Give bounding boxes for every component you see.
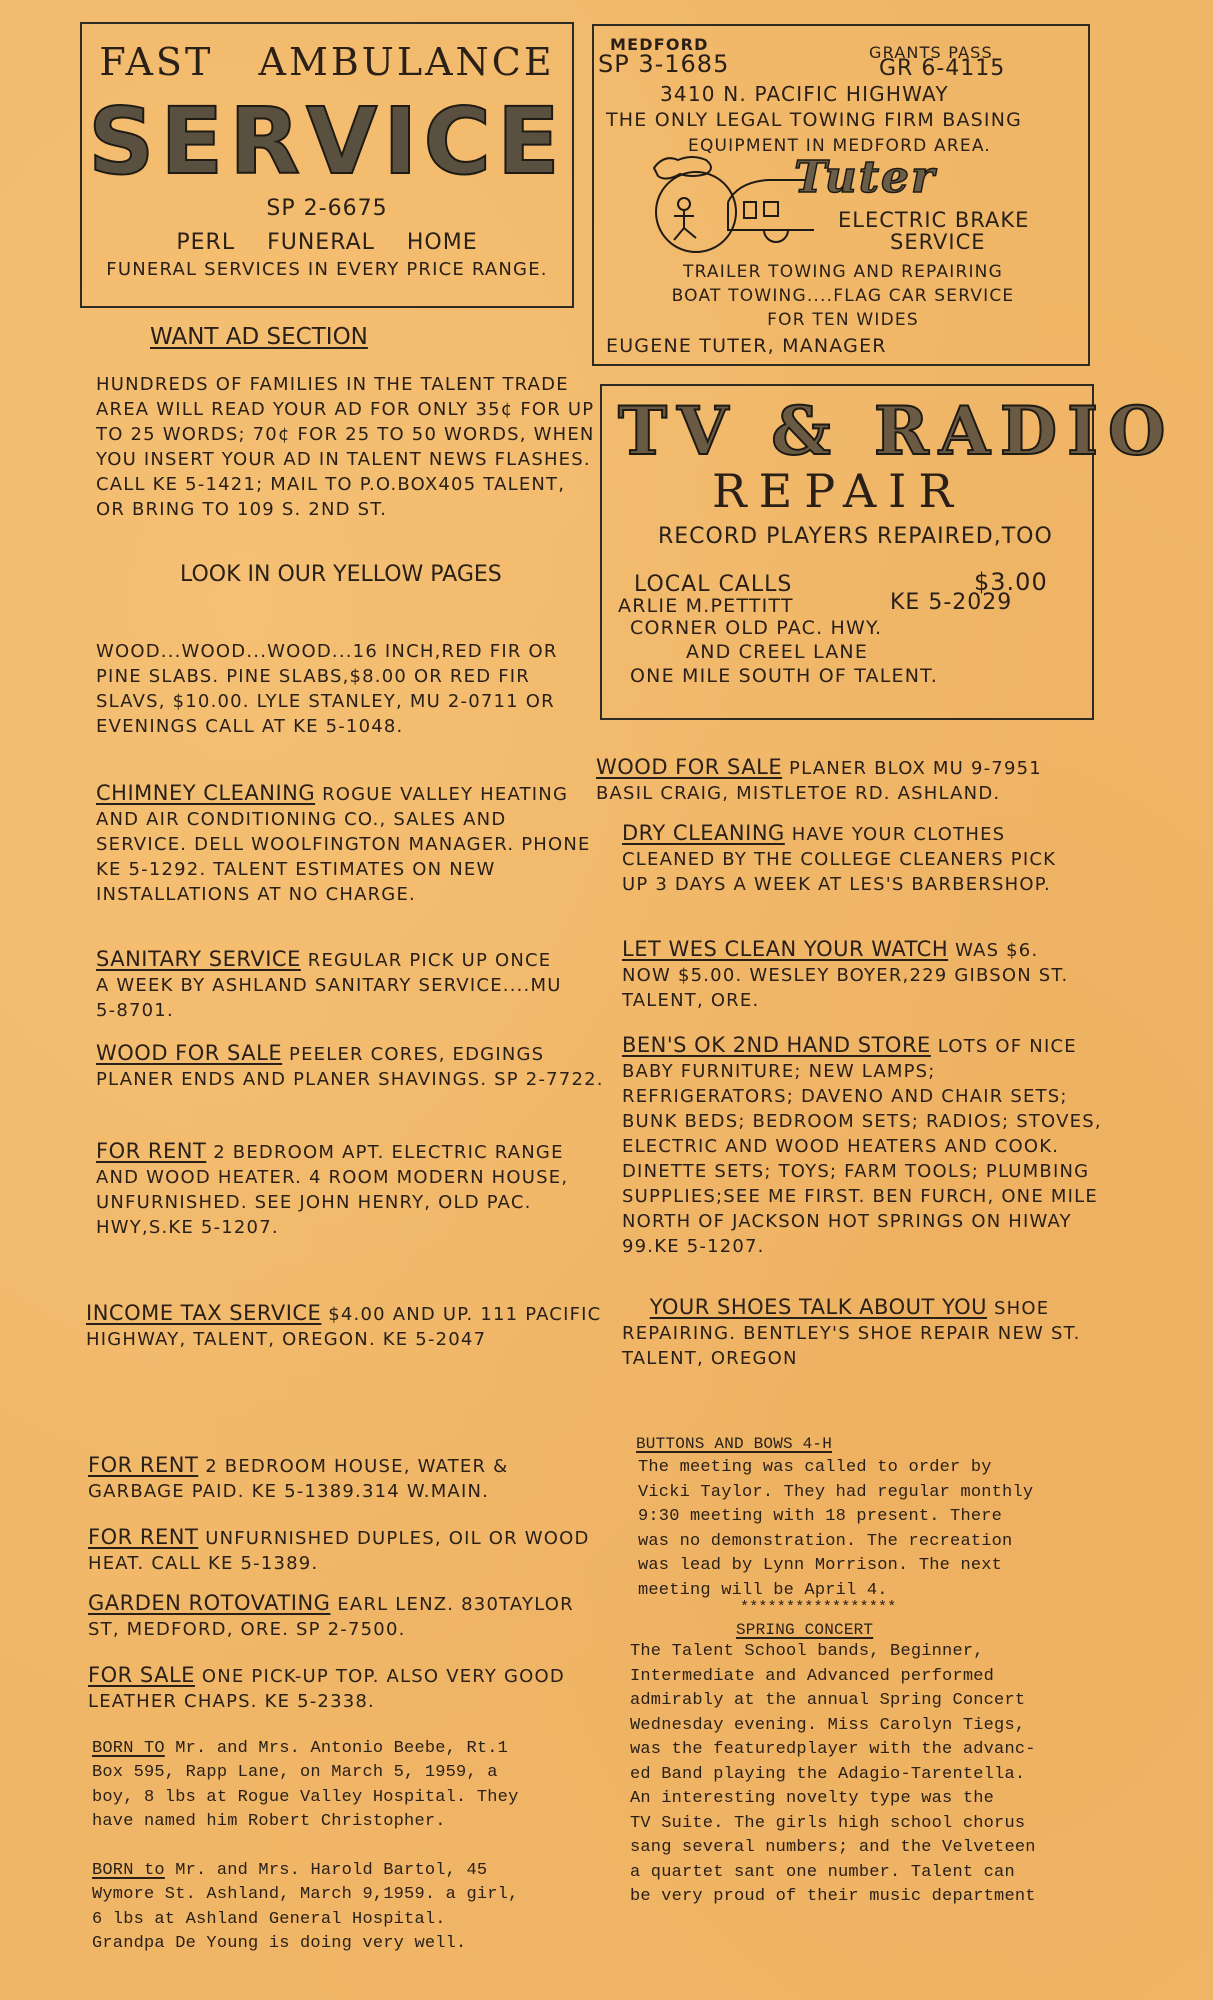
ad-for-sale-pickup-top: FOR SALE One pick-up top. Also very good… xyxy=(88,1638,608,1714)
towing-body: trailer towing and repairing boat towing… xyxy=(608,260,1078,332)
tv-record-players: RECORD PLAYERS REPAIRED,TOO xyxy=(658,524,1053,549)
ambulance-business: PERL FUNERAL HOME xyxy=(82,230,572,255)
ad-title: YOUR SHOES TALK ABOUT YOU xyxy=(650,1295,987,1319)
ad-title: CHIMNEY CLEANING xyxy=(96,781,315,805)
birth-title: BORN to xyxy=(92,1861,165,1880)
ad-wood: WOOD...WOOD...WOOD...16 inch,red fir or … xyxy=(96,614,596,739)
ad-title: GARDEN ROTOVATING xyxy=(88,1591,330,1615)
club-news-title: BUTTONS AND BOWS 4-H xyxy=(636,1432,832,1457)
ambulance-headline: SERVICE xyxy=(82,88,572,195)
ad-title: FOR RENT xyxy=(88,1453,198,1477)
ambulance-line1: FAST AMBULANCE xyxy=(82,40,572,84)
towing-phone-left: SP 3-1685 xyxy=(598,50,729,78)
ad-for-rent-house: FOR RENT 2 bedroom house, water & garbag… xyxy=(88,1428,608,1504)
ad-income-tax: INCOME TAX SERVICE $4.00 and up. 111 Pac… xyxy=(86,1276,606,1352)
ad-wood-for-sale: WOOD FOR SALE peeler cores, edgings plan… xyxy=(96,1016,616,1092)
club-news-text: The meeting was called to order by Vicki… xyxy=(638,1456,1098,1603)
ad-title: WOOD FOR SALE xyxy=(96,1041,282,1065)
want-ad-intro: Hundreds of families in the Talent trade… xyxy=(96,372,596,522)
towing-manager: Eugene Tuter, manager xyxy=(606,334,887,359)
tv-address-3: One mile south of Talent. xyxy=(630,664,938,689)
ad-sanitary-service: SANITARY SERVICE Regular pick up once a … xyxy=(96,922,566,1023)
ambulance-phone: SP 2-6675 xyxy=(82,196,572,221)
ad-title: LET WES CLEAN YOUR WATCH xyxy=(622,937,948,961)
ad-for-rent-apt: FOR RENT 2 bedroom apt. electric range a… xyxy=(96,1114,586,1240)
towing-claim-1: The ONLY LEGAL towing firm basing xyxy=(606,108,1022,133)
ad-dry-cleaning: DRY CLEANING Have your clothes cleaned b… xyxy=(622,796,1072,897)
ad-title: SANITARY SERVICE xyxy=(96,947,301,971)
tv-address-2: and Creel Lane xyxy=(686,640,868,665)
ad-title: INCOME TAX SERVICE xyxy=(86,1301,321,1325)
ad-chimney-cleaning: CHIMNEY CLEANING Rogue Valley Heating an… xyxy=(96,756,596,907)
ad-second-hand-store: BEN'S OK 2ND HAND STORE Lots of nice bab… xyxy=(622,1008,1102,1259)
concert-news-text: The Talent School bands, Beginner, Inter… xyxy=(630,1640,1110,1910)
towing-service-2: SERVICE xyxy=(890,230,986,254)
ad-text: Lots of nice baby furniture; new lamps; … xyxy=(622,1036,1102,1257)
tv-title: TV & RADIO xyxy=(618,392,1176,470)
tv-radio-ad-box: TV & RADIO REPAIR RECORD PLAYERS REPAIRE… xyxy=(600,384,1094,720)
ad-title: FOR RENT xyxy=(88,1525,198,1549)
birth-announcement: BORN to Mr. and Mrs. Harold Bartol, 45 W… xyxy=(92,1834,612,1957)
towing-logo-name: Tuter xyxy=(794,152,936,203)
ad-text: WOOD...WOOD...WOOD...16 inch,red fir or … xyxy=(96,641,558,737)
ad-title: FOR SALE xyxy=(88,1663,195,1687)
birth-title: BORN TO xyxy=(92,1739,165,1758)
concert-news-title: SPRING CONCERT xyxy=(736,1618,873,1643)
tv-address-1: Corner Old Pac. Hwy. xyxy=(630,616,882,641)
ad-for-rent-duplex: FOR RENT Unfurnished duples, oil or wood… xyxy=(88,1500,608,1576)
towing-phone-right: GR 6-4115 xyxy=(879,56,1005,81)
ambulance-ad-box: FAST AMBULANCE SERVICE SP 2-6675 PERL FU… xyxy=(80,22,574,308)
ad-shoe-repair: YOUR SHOES TALK ABOUT YOU shoe repairing… xyxy=(622,1270,1092,1396)
ad-title: DRY CLEANING xyxy=(622,821,785,845)
towing-ad-box: MEDFORD SP 3-1685 GRANTS PASS GR 6-4115 … xyxy=(592,24,1090,366)
tv-subtitle: REPAIR xyxy=(712,464,965,518)
ad-garden-rotovating: GARDEN ROTOVATING Earl Lenz. 830Taylor S… xyxy=(88,1566,608,1642)
yellow-pages-note: LOOK IN OUR YELLOW PAGES xyxy=(180,562,502,587)
ad-title: BEN'S OK 2ND HAND STORE xyxy=(622,1033,931,1057)
ad-planer-blox: WOOD FOR SALE PLANER BLOX MU 9-7951 Basi… xyxy=(596,730,1106,806)
ad-title: WOOD FOR SALE xyxy=(596,755,782,779)
ambulance-tagline: Funeral Services in every price range. xyxy=(88,258,566,282)
ad-title: FOR RENT xyxy=(96,1139,206,1163)
towing-service-1: ELECTRIC BRAKE xyxy=(838,208,1029,232)
separator-stars: ***************** xyxy=(740,1596,896,1621)
birth-announcement: BORN TO Mr. and Mrs. Antonio Beebe, Rt.1… xyxy=(92,1712,612,1835)
tow-truck-logo-icon xyxy=(644,148,814,258)
ad-watch-cleaning: LET WES CLEAN YOUR WATCH Was $6. now $5.… xyxy=(622,912,1092,1013)
towing-address: 3410 N. Pacific Highway xyxy=(660,82,949,107)
tv-phone: KE 5-2029 xyxy=(890,590,1012,615)
want-ad-heading: WANT AD SECTION xyxy=(150,324,368,350)
